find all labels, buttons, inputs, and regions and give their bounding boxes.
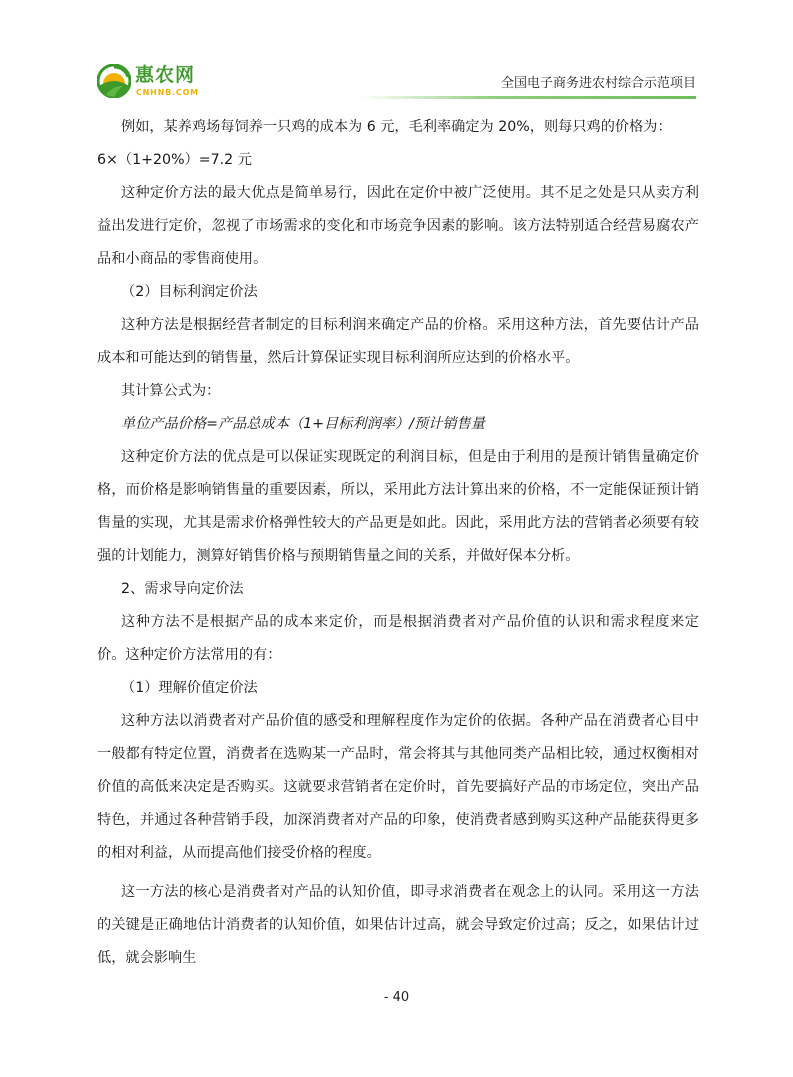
section-heading-target-profit: （2）目标利润定价法 bbox=[97, 276, 699, 309]
example-calculation: 6×（1+20%）=7.2 元 bbox=[97, 144, 699, 177]
target-profit-description: 这种方法是根据经营者制定的目标利润来确定产品的价格。采用这种方法，首先要估计产品… bbox=[97, 309, 699, 375]
section-heading-perceived-value: （1）理解价值定价法 bbox=[97, 672, 699, 705]
cnhnb-logo: 惠农网 CNHNB.COM bbox=[97, 62, 207, 102]
cost-plus-evaluation-paragraph: 这种定价方法的最大优点是简单易行，因此在定价中被广泛使用。其不足之处是只从卖方利… bbox=[97, 177, 699, 276]
unit-price-formula: 单位产品价格=产品总成本（1+目标利润率）/预计销售量 bbox=[97, 408, 699, 441]
formula-intro: 其计算公式为： bbox=[97, 375, 699, 408]
logo-chinese-text: 惠农网 bbox=[135, 64, 195, 86]
document-body: 例如，某养鸡场每饲养一只鸡的成本为 6 元，毛利率确定为 20%，则每只鸡的价格… bbox=[97, 111, 699, 975]
page-header: 惠农网 CNHNB.COM 全国电子商务进农村综合示范项目 bbox=[0, 0, 793, 110]
project-title: 全国电子商务进农村综合示范项目 bbox=[501, 76, 696, 92]
perceived-value-core: 这一方法的核心是消费者对产品的认知价值，即寻求消费者在观念上的认同。采用这一方法… bbox=[97, 876, 699, 975]
logo-domain-text: CNHNB.COM bbox=[136, 88, 199, 98]
logo-icon bbox=[97, 64, 131, 98]
example-paragraph: 例如，某养鸡场每饲养一只鸡的成本为 6 元，毛利率确定为 20%，则每只鸡的价格… bbox=[97, 111, 699, 144]
section-heading-demand-oriented: 2、需求导向定价法 bbox=[97, 573, 699, 606]
page-number: - 40 bbox=[0, 990, 793, 1005]
target-profit-evaluation: 这种定价方法的优点是可以保证实现既定的利润目标，但是由于利用的是预计销售量确定价… bbox=[97, 441, 699, 573]
demand-oriented-description: 这种方法不是根据产品的成本来定价，而是根据消费者对产品价值的认识和需求程度来定价… bbox=[97, 606, 699, 672]
header-divider bbox=[360, 96, 696, 99]
perceived-value-description: 这种方法以消费者对产品价值的感受和理解程度作为定价的依据。各种产品在消费者心目中… bbox=[97, 705, 699, 870]
